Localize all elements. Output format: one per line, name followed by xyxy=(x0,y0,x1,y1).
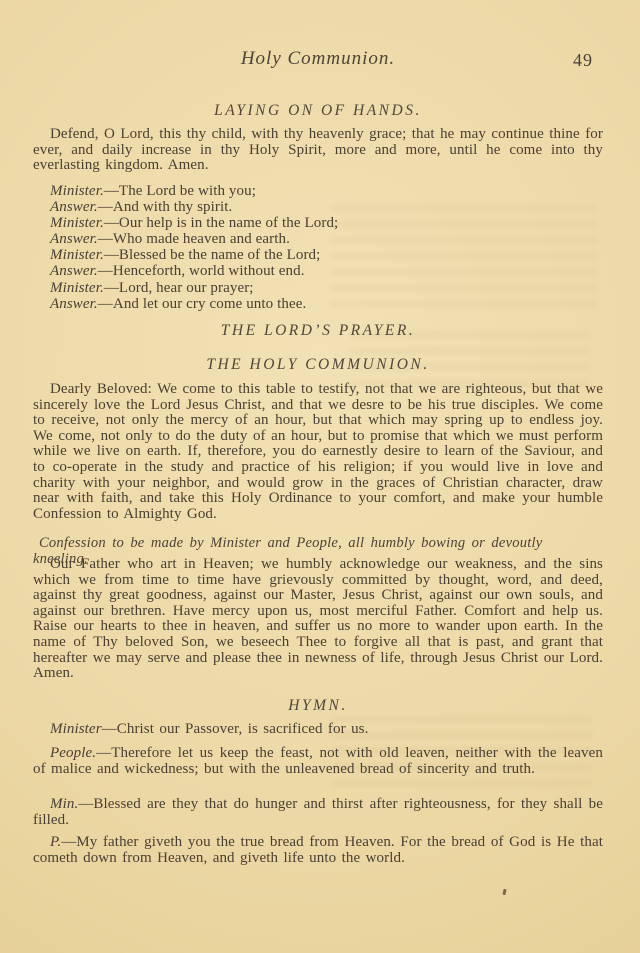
paragraph-exhortation: Dearly Beloved: We come to this table to… xyxy=(33,382,603,522)
paragraph-confession: Our Father who art in Heaven; we humbly … xyxy=(33,557,603,682)
heading-hymn: HYMN. xyxy=(33,697,603,715)
response-text: —My father giveth you the true bread fro… xyxy=(33,834,603,866)
heading-laying-on-of-hands: LAYING ON OF HANDS. xyxy=(33,102,603,120)
response-people-feast: People.—Therefore let us keep the feast,… xyxy=(33,746,603,777)
versicle-row: Minister.—Blessed be the name of the Lor… xyxy=(33,247,603,263)
versicle-row: Minister.—The Lord be with you; xyxy=(33,183,603,199)
versicle-text: —Henceforth, world without end. xyxy=(98,263,305,279)
speaker-label: Answer. xyxy=(50,231,98,247)
speaker-label: Minister. xyxy=(50,247,104,263)
speaker-label: Minister. xyxy=(50,280,104,296)
versicle-row: Answer.—Henceforth, world without end. xyxy=(33,263,603,279)
versicle-text: —And with thy spirit. xyxy=(98,199,233,215)
speaker-label: Min. xyxy=(50,796,78,812)
heading-lords-prayer: THE LORD’S PRAYER. xyxy=(33,322,603,340)
ink-speck xyxy=(502,889,506,896)
speaker-label: Minister xyxy=(50,721,102,737)
versicle-text: —The Lord be with you; xyxy=(104,183,256,199)
response-min-blessed: Min.—Blessed are they that do hunger and… xyxy=(33,797,603,828)
versicle-text: —Lord, hear our prayer; xyxy=(104,280,254,296)
versicles-list: Minister.—The Lord be with you; Answer.—… xyxy=(33,183,603,312)
versicle-row: Minister.—Lord, hear our prayer; xyxy=(33,280,603,296)
versicle-row: Answer.—And let our cry come unto thee. xyxy=(33,296,603,312)
speaker-label: Minister. xyxy=(50,183,104,199)
response-text: —Christ our Passover, is sacrificed for … xyxy=(102,721,369,737)
speaker-label: Answer. xyxy=(50,296,98,312)
speaker-label: P. xyxy=(50,834,61,850)
versicle-row: Answer.—Who made heaven and earth. xyxy=(33,231,603,247)
response-text: —Blessed are they that do hunger and thi… xyxy=(33,796,603,828)
speaker-label: Answer. xyxy=(50,263,98,279)
page-number: 49 xyxy=(573,50,593,71)
versicle-text: —Who made heaven and earth. xyxy=(98,231,290,247)
heading-holy-communion: THE HOLY COMMUNION. xyxy=(33,356,603,374)
scanned-book-page: Holy Communion. 49 LAYING ON OF HANDS. D… xyxy=(0,0,640,953)
response-p-bread: P.—My father giveth you the true bread f… xyxy=(33,835,603,866)
paragraph-defend-o-lord: Defend, O Lord, this thy child, with thy… xyxy=(33,127,603,174)
versicle-row: Answer.—And with thy spirit. xyxy=(33,199,603,215)
response-minister-passover: Minister—Christ our Passover, is sacrifi… xyxy=(33,722,603,738)
versicle-text: —And let our cry come unto thee. xyxy=(98,296,307,312)
response-text: —Therefore let us keep the feast, not wi… xyxy=(33,745,603,777)
versicle-row: Minister.—Our help is in the name of the… xyxy=(33,215,603,231)
versicle-text: —Our help is in the name of the Lord; xyxy=(104,215,338,231)
versicle-text: —Blessed be the name of the Lord; xyxy=(104,247,321,263)
speaker-label: Minister. xyxy=(50,215,104,231)
running-head: Holy Communion. xyxy=(33,48,603,70)
speaker-label: People. xyxy=(50,745,96,761)
speaker-label: Answer. xyxy=(50,199,98,215)
